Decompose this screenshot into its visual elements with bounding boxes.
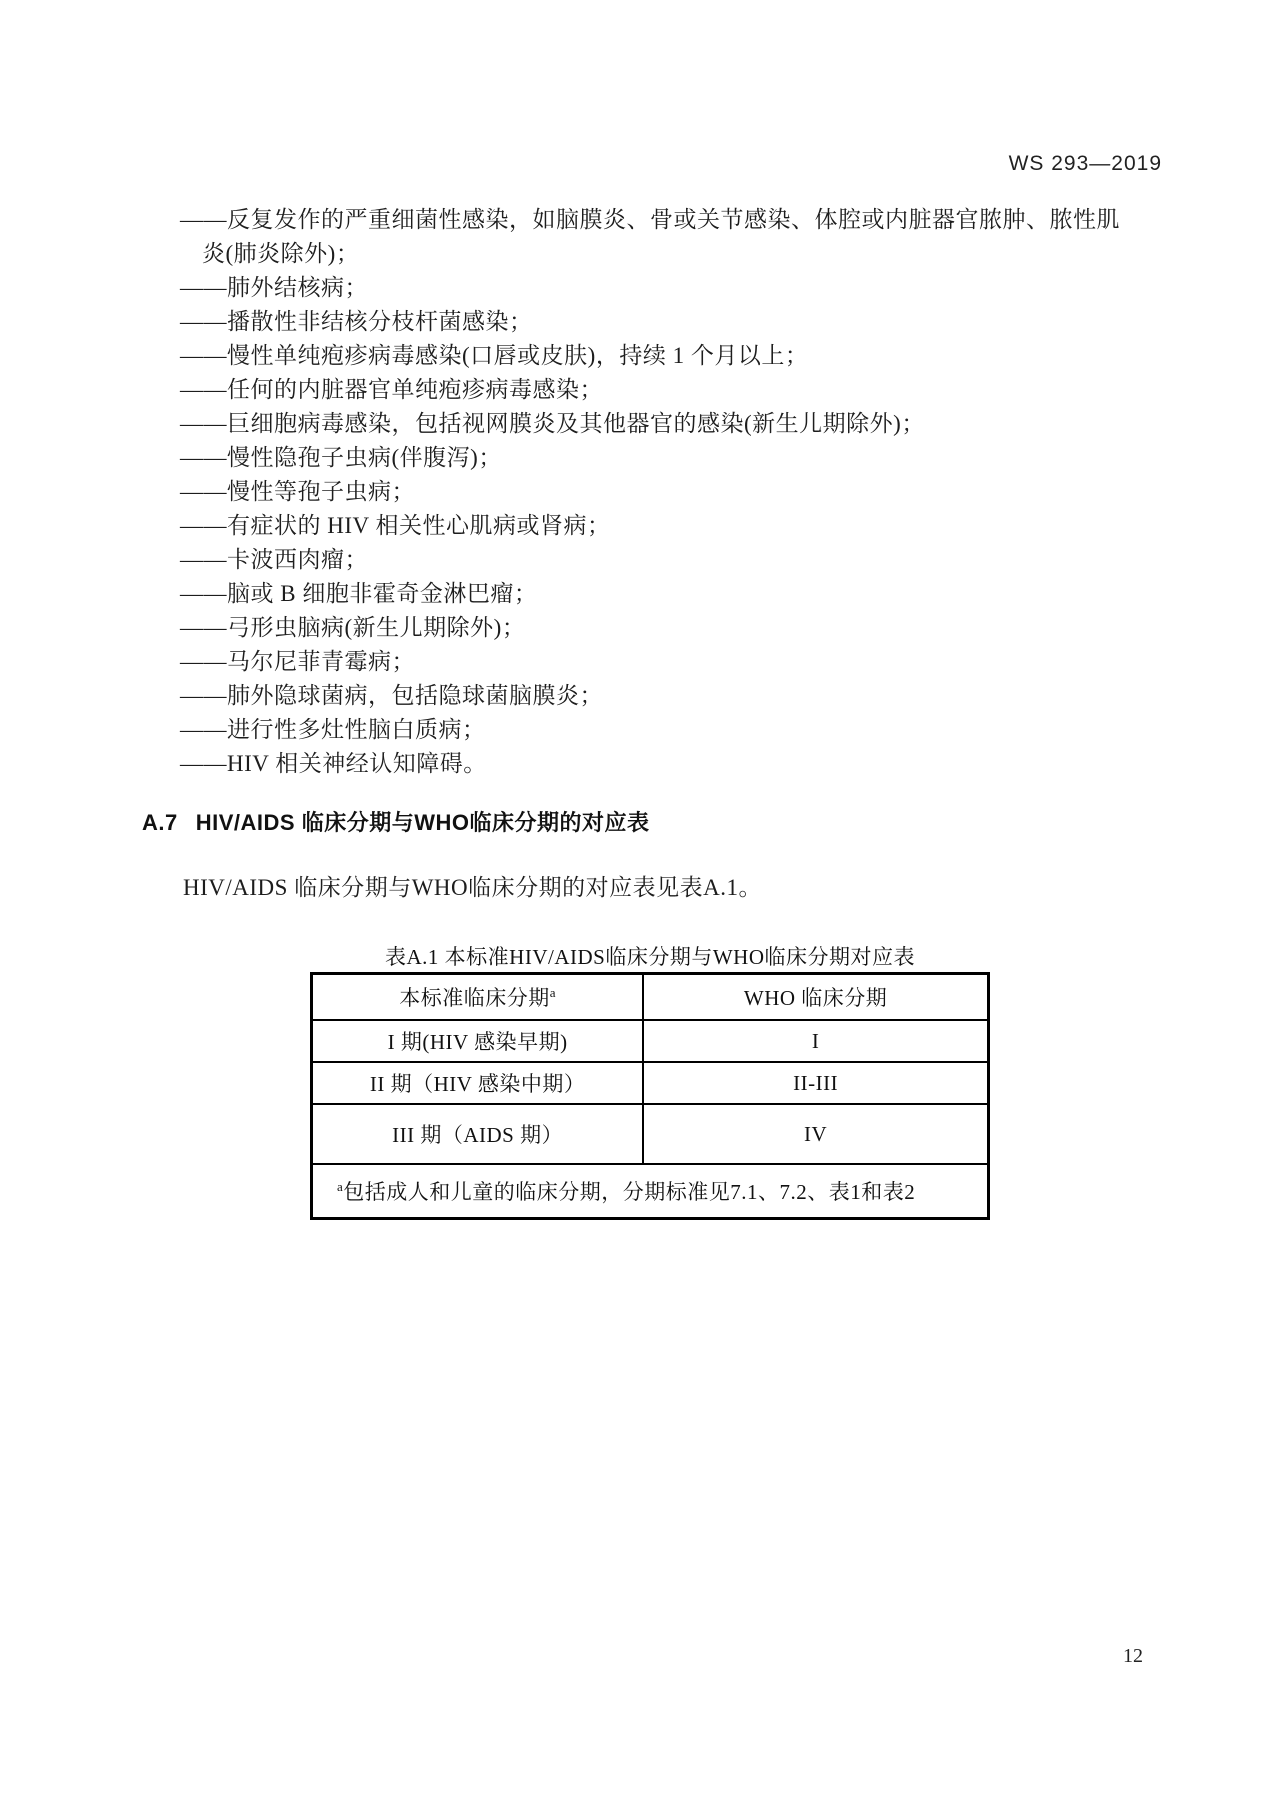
section-heading: A.7HIV/AIDS 临床分期与WHO临床分期的对应表 bbox=[142, 806, 649, 837]
list-item: ——慢性隐孢子虫病(伴腹泻)； bbox=[180, 441, 1120, 475]
list-item: ——慢性单纯疱疹病毒感染(口唇或皮肤)，持续 1 个月以上； bbox=[180, 339, 1120, 373]
table-footnote-row: a包括成人和儿童的临床分期，分期标准见7.1、7.2、表1和表2 bbox=[312, 1164, 989, 1219]
who-cell: II-III bbox=[643, 1062, 988, 1104]
table-row: III 期（AIDS 期） IV bbox=[312, 1104, 989, 1164]
intro-paragraph: HIV/AIDS 临床分期与WHO临床分期的对应表见表A.1。 bbox=[183, 872, 1083, 904]
list-item: ——脑或 B 细胞非霍奇金淋巴瘤； bbox=[180, 577, 1120, 611]
column-header-who-label: WHO 临床分期 bbox=[744, 986, 887, 1010]
table-footnote: a包括成人和儿童的临床分期，分期标准见7.1、7.2、表1和表2 bbox=[312, 1164, 989, 1219]
list-item: ——肺外结核病； bbox=[180, 271, 1120, 305]
standard-number-header: WS 293—2019 bbox=[0, 152, 1162, 176]
section-number: A.7 bbox=[142, 810, 178, 835]
table-row: II 期（HIV 感染中期） II-III bbox=[312, 1062, 989, 1104]
section-title: HIV/AIDS 临床分期与WHO临床分期的对应表 bbox=[196, 810, 650, 835]
footnote-marker: a bbox=[550, 985, 556, 1000]
stage-cell: III 期（AIDS 期） bbox=[312, 1104, 644, 1164]
footnote-text: 包括成人和儿童的临床分期，分期标准见7.1、7.2、表1和表2 bbox=[343, 1180, 915, 1204]
list-item: ——播散性非结核分枝杆菌感染； bbox=[180, 305, 1120, 339]
list-item: ——进行性多灶性脑白质病； bbox=[180, 713, 1120, 747]
table-row: I 期(HIV 感染早期) I bbox=[312, 1020, 989, 1062]
column-header-standard: 本标准临床分期a bbox=[312, 974, 644, 1021]
list-item: ——卡波西肉瘤； bbox=[180, 543, 1120, 577]
who-cell: IV bbox=[643, 1104, 988, 1164]
list-item: ——弓形虫脑病(新生儿期除外)； bbox=[180, 611, 1120, 645]
list-item: ——慢性等孢子虫病； bbox=[180, 475, 1120, 509]
column-header-standard-label: 本标准临床分期 bbox=[399, 986, 550, 1010]
table-caption: 表A.1 本标准HIV/AIDS临床分期与WHO临床分期对应表 bbox=[310, 941, 990, 971]
column-header-who: WHO 临床分期 bbox=[643, 974, 988, 1021]
who-cell: I bbox=[643, 1020, 988, 1062]
stage-cell: I 期(HIV 感染早期) bbox=[312, 1020, 644, 1062]
list-item: ——肺外隐球菌病，包括隐球菌脑膜炎； bbox=[180, 679, 1120, 713]
table-header-row: 本标准临床分期a WHO 临床分期 bbox=[312, 974, 989, 1021]
staging-correspondence-table: 本标准临床分期a WHO 临床分期 I 期(HIV 感染早期) I II 期（H… bbox=[310, 972, 990, 1220]
list-item: ——反复发作的严重细菌性感染，如脑膜炎、骨或关节感染、体腔或内脏器官脓肿、脓性肌… bbox=[180, 203, 1120, 271]
condition-list: ——反复发作的严重细菌性感染，如脑膜炎、骨或关节感染、体腔或内脏器官脓肿、脓性肌… bbox=[180, 203, 1120, 781]
page-number: 12 bbox=[1108, 1645, 1158, 1668]
stage-cell: II 期（HIV 感染中期） bbox=[312, 1062, 644, 1104]
list-item: ——巨细胞病毒感染，包括视网膜炎及其他器官的感染(新生儿期除外)； bbox=[180, 407, 1120, 441]
list-item: ——任何的内脏器官单纯疱疹病毒感染； bbox=[180, 373, 1120, 407]
list-item: ——马尔尼菲青霉病； bbox=[180, 645, 1120, 679]
document-page: WS 293—2019 ——反复发作的严重细菌性感染，如脑膜炎、骨或关节感染、体… bbox=[0, 0, 1280, 1809]
list-item: ——HIV 相关神经认知障碍。 bbox=[180, 747, 1120, 781]
list-item: ——有症状的 HIV 相关性心肌病或肾病； bbox=[180, 509, 1120, 543]
